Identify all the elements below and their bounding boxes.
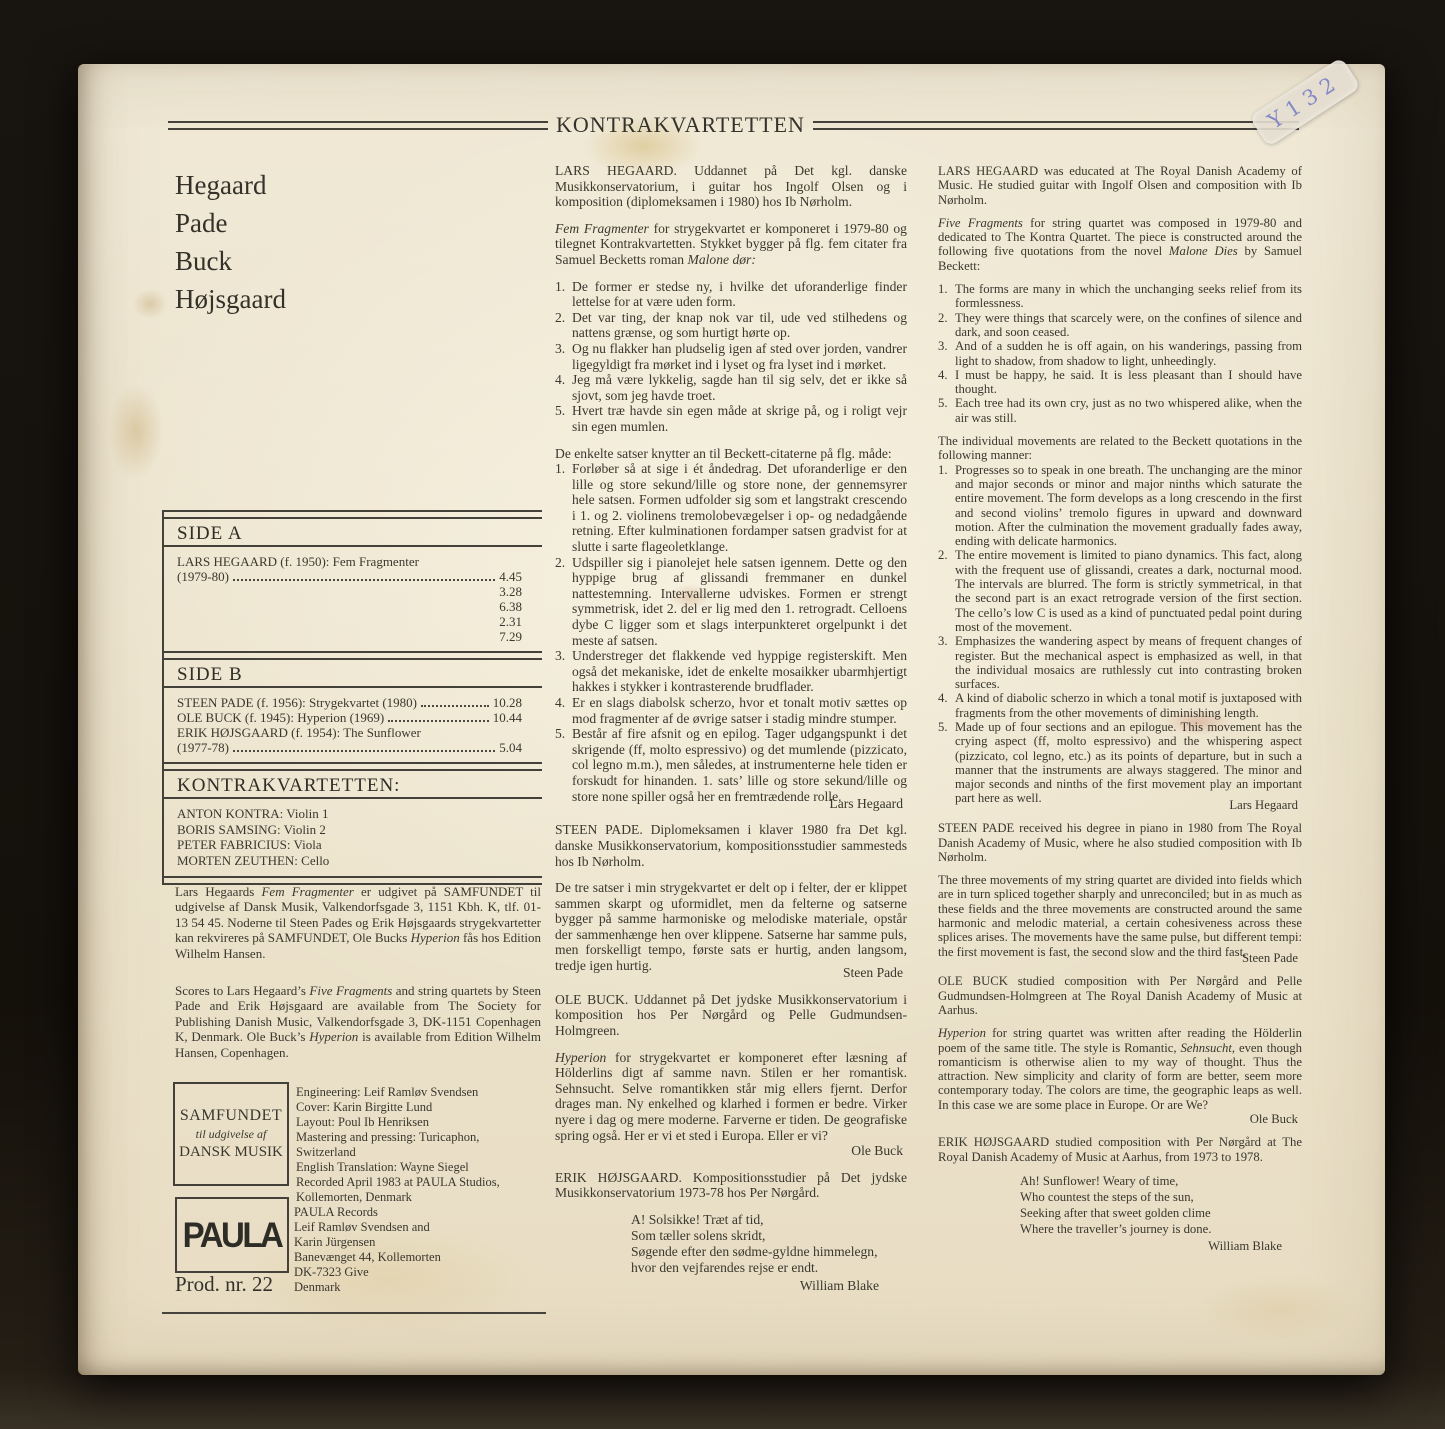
movements-list-en: Progresses so to speak in one breath. Th… <box>938 463 1302 806</box>
movement-item: A kind of diabolic scherzo in which a to… <box>938 691 1302 720</box>
fragments-intro-en: Five Fragments for string quartet was co… <box>938 216 1302 273</box>
fragments-intro-da: Fem Fragmenter for strygekvartet er komp… <box>555 221 907 268</box>
signature-blake: William Blake <box>938 1239 1302 1253</box>
ensemble-member: BORIS SAMSING: Violin 2 <box>177 822 542 838</box>
bio-hojsgaard-da: ERIK HØJSGAARD. Kompositionsstudier på D… <box>555 1170 907 1201</box>
album-back-cover: KONTRAKVARTETTEN Y132 Hegaard Pade Buck … <box>78 64 1385 1375</box>
paper-stain <box>108 384 163 479</box>
composer-name: Hegaard <box>175 166 286 204</box>
quote-item: The forms are many in which the unchangi… <box>938 282 1302 311</box>
samfundet-logo-box: SAMFUNDET til udgivelse af DANSK MUSIK <box>173 1082 289 1186</box>
track-row: (1979-80) 4.45 <box>164 569 542 584</box>
note-pade-en: The three movements of my string quartet… <box>938 873 1302 959</box>
movement-item: Er en slags diabolsk scherzo, hvor et to… <box>555 695 907 726</box>
side-b-heading: SIDE B <box>164 667 542 682</box>
quote-item: Det var ting, der knap nok var til, ude … <box>555 310 907 341</box>
track-label: OLE BUCK (f. 1945): Hyperion (1969) <box>177 710 384 725</box>
paula-logo: PAULA <box>177 1214 287 1255</box>
movements-list-da: Forløber så at sige i ét åndedrag. Det u… <box>555 461 907 804</box>
movement-item: Består af fire afsnit og en epilog. Tage… <box>555 726 907 804</box>
ensemble-heading: KONTRAKVARTETTEN: <box>164 778 542 793</box>
track-composer-line: LARS HEGAARD (f. 1950): Fem Fragmenter <box>164 554 542 569</box>
paper-stain <box>133 289 167 319</box>
composer-name: Buck <box>175 242 286 280</box>
blake-poem-english: Ah! Sunflower! Weary of time, Who counte… <box>938 1173 1302 1237</box>
note-buck-en: Hyperion for string quartet was written … <box>938 1026 1302 1112</box>
bio-buck-da: OLE BUCK. Uddannet på Det jydske Musikko… <box>555 992 907 1039</box>
track-year: (1977-78) <box>177 740 229 755</box>
movements-intro-da: De enkelte satser knytter an til Beckett… <box>555 446 907 462</box>
movement-item: The entire movement is limited to piano … <box>938 548 1302 634</box>
bio-buck-en: OLE BUCK studied composition with Per Nø… <box>938 974 1302 1017</box>
samfundet-name2: DANSK MUSIK <box>175 1144 287 1161</box>
note-buck-da: Hyperion for strygekvartet er komponeret… <box>555 1050 907 1144</box>
movement-item: Emphasizes the wandering aspect by means… <box>938 634 1302 691</box>
samfundet-name: SAMFUNDET <box>175 1107 287 1125</box>
track-row: (1977-78) 5.04 <box>164 740 542 755</box>
signature-blake: William Blake <box>555 1278 907 1294</box>
side-a-heading: SIDE A <box>164 526 542 541</box>
track-time: 10.28 <box>493 695 522 710</box>
paula-logo-box: PAULA <box>175 1197 289 1273</box>
movement-item: Understreger det flakkende ved hyppige r… <box>555 648 907 695</box>
bio-hegaard-en: LARS HEGAARD was educated at The Royal D… <box>938 164 1302 207</box>
track-time: 10.44 <box>493 710 522 725</box>
ensemble-member: PETER FABRICIUS: Viola <box>177 837 542 853</box>
quote-item: And of a sudden he is off again, on his … <box>938 339 1302 368</box>
track-row: OLE BUCK (f. 1945): Hyperion (1969) 10.4… <box>164 710 542 725</box>
photo-of-record-sleeve: { "colors": { "paper": "#ece3cc", "ink":… <box>0 0 1445 1429</box>
rule <box>164 510 542 519</box>
rule <box>164 797 542 799</box>
rule <box>162 1312 546 1314</box>
bio-hojsgaard-en: ERIK HØJSGAARD studied composition with … <box>938 1135 1302 1164</box>
inventory-stamp: Y132 <box>1249 57 1361 147</box>
ensemble-member: MORTEN ZEUTHEN: Cello <box>177 853 542 869</box>
composer-name: Højsgaard <box>175 280 286 318</box>
blake-poem-danish: A! Solsikke! Træt af tid, Som tæller sol… <box>555 1212 907 1276</box>
signature-buck: Ole Buck <box>938 1112 1302 1126</box>
signature-buck: Ole Buck <box>555 1143 907 1159</box>
beckett-quotes-da: De former er stedse ny, i hvilke det ufo… <box>555 279 907 435</box>
track-time: 3.28 <box>164 584 522 599</box>
quote-item: De former er stedse ny, i hvilke det ufo… <box>555 279 907 310</box>
rule <box>164 545 542 547</box>
dotted-leader <box>233 579 495 581</box>
label-address: PAULA Records Leif Ramløv Svendsen and K… <box>294 1205 524 1295</box>
ensemble-members: ANTON KONTRA: Violin 1 BORIS SAMSING: Vi… <box>164 806 542 868</box>
composer-name-list: Hegaard Pade Buck Højsgaard <box>175 166 286 318</box>
paper-stain <box>1198 1274 1358 1344</box>
dotted-leader <box>388 720 489 722</box>
liner-notes-danish: LARS HEGAARD. Uddannet på Det kgl. dansk… <box>555 163 907 1294</box>
rule <box>164 762 542 771</box>
title-bar: KONTRAKVARTETTEN <box>168 114 1299 136</box>
composer-name: Pade <box>175 204 286 242</box>
track-year: (1979-80) <box>177 569 229 584</box>
movement-item: Made up of four sections and an epilogue… <box>938 720 1302 806</box>
quote-item: Og nu flakker han pludselig igen af sted… <box>555 341 907 372</box>
track-label: STEEN PADE (f. 1956): Strygekvartet (198… <box>177 695 417 710</box>
bio-pade-da: STEEN PADE. Diplomeksamen i klaver 1980 … <box>555 822 907 869</box>
note-pade-da: De tre satser i min strygekvartet er del… <box>555 880 907 974</box>
movement-item: Udspiller sig i pianolejet hele satsen i… <box>555 555 907 649</box>
movements-intro-en: The individual movements are related to … <box>938 434 1302 463</box>
track-row: STEEN PADE (f. 1956): Strygekvartet (198… <box>164 695 542 710</box>
track-time: 6.38 <box>164 599 522 614</box>
title-rule-right <box>813 121 1299 130</box>
quote-item: I must be happy, he said. It is less ple… <box>938 368 1302 397</box>
production-credits: Engineering: Leif Ramløv Svendsen Cover:… <box>296 1085 546 1205</box>
track-time: 4.45 <box>499 569 522 584</box>
dotted-leader <box>421 705 489 707</box>
movement-item: Forløber så at sige i ét åndedrag. Det u… <box>555 461 907 555</box>
quote-item: Each tree had its own cry, just as no tw… <box>938 396 1302 425</box>
dotted-leader <box>233 750 495 752</box>
track-time: 7.29 <box>164 629 522 644</box>
tracklist-box: SIDE A LARS HEGAARD (f. 1950): Fem Fragm… <box>162 510 542 885</box>
quote-item: Jeg må være lykkelig, sagde han til sig … <box>555 372 907 403</box>
product-number: Prod. nr. 22 <box>175 1272 273 1297</box>
rule <box>164 651 542 660</box>
movement-item: Progresses so to speak in one breath. Th… <box>938 463 1302 549</box>
bio-hegaard-da: LARS HEGAARD. Uddannet på Det kgl. dansk… <box>555 163 907 210</box>
quote-item: They were things that scarcely were, on … <box>938 311 1302 340</box>
publisher-note-danish: Lars Hegaards Fem Fragmenter er udgivet … <box>175 884 541 961</box>
rule <box>164 686 542 688</box>
beckett-quotes-en: The forms are many in which the unchangi… <box>938 282 1302 425</box>
ensemble-member: ANTON KONTRA: Violin 1 <box>177 806 542 822</box>
quote-item: Hvert træ havde sin egen måde at skrige … <box>555 403 907 434</box>
liner-notes-english: LARS HEGAARD was educated at The Royal D… <box>938 164 1302 1253</box>
album-title: KONTRAKVARTETTEN <box>556 114 805 136</box>
title-rule-left <box>168 121 548 130</box>
publisher-note-english: Scores to Lars Hegaard’s Five Fragments … <box>175 983 541 1060</box>
track-composer-line: ERIK HØJSGAARD (f. 1954): The Sunflower <box>164 725 542 740</box>
samfundet-subtitle: til udgivelse af <box>175 1127 287 1142</box>
track-time: 5.04 <box>499 740 522 755</box>
track-times: 3.28 6.38 2.31 7.29 <box>164 584 542 644</box>
track-time: 2.31 <box>164 614 522 629</box>
bio-pade-en: STEEN PADE received his degree in piano … <box>938 821 1302 864</box>
